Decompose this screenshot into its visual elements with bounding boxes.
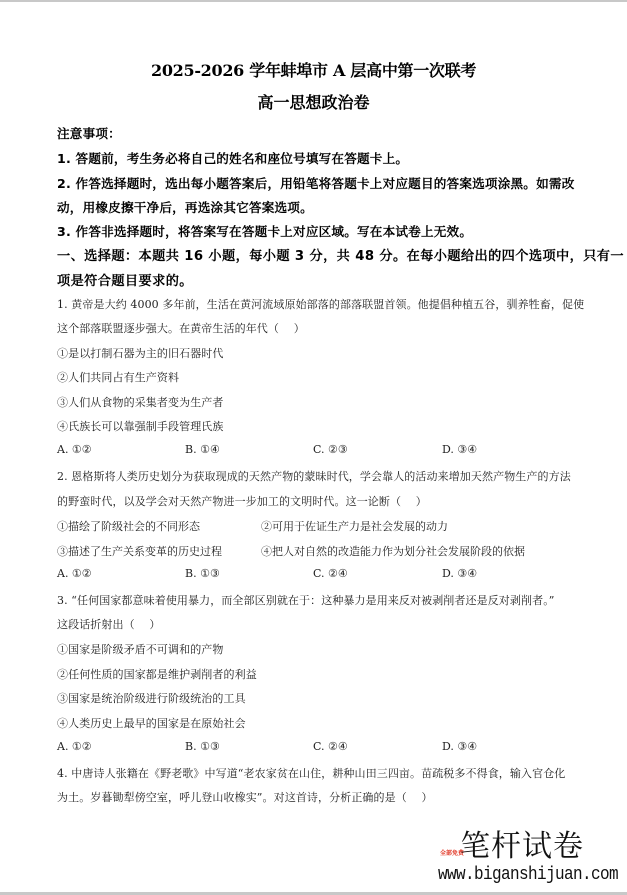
q1-statement-3: ③人们从食物的采集者变为生产者 [57,394,224,410]
q1-statement-4: ④氏族长可以靠强制手段管理氏族 [57,418,224,434]
q3-choice-c: C. ②④ [313,740,348,753]
notice-item-1: 1. 答题前，考生务必将自己的姓名和座位号填写在答题卡上。 [57,148,408,167]
q1-choice-a: A. ①② [57,443,92,456]
q3-stem-line-2: 这段话折射出（ ） [57,616,161,632]
q2-statement-4: ④把人对自然的改造能力作为划分社会发展阶段的依据 [261,543,525,559]
q2-statement-1: ①描绘了阶级社会的不同形态 [57,518,200,534]
notice-item-2-cont: 动，用橡皮擦干净后，再选涂其它答案选项。 [57,197,313,216]
q2-choice-a: A. ①② [57,567,92,580]
q3-stem-line-1: 3. “任何国家都意味着使用暴力，而全部区别就在于：这种暴力是用来反对被剥削者还… [57,592,555,608]
watermark-logo: 全部免费 笔杆试卷 www.biganshijuan.com [438,830,613,888]
notice-item-2: 2. 作答选择题时，选出每小题答案后，用铅笔将答题卡上对应题目的答案选项涂黑。如… [57,173,575,192]
exam-title: 2025-2026 学年蚌埠市 A 层高中第一次联考 [0,58,627,81]
q2-statement-3: ③描述了生产关系变革的历史过程 [57,543,222,559]
notice-item-3: 3. 作答非选择题时，将答案写在答题卡上对应区域。写在本试卷上无效。 [57,221,472,240]
q2-stem-line-2: 的野蛮时代，以及学会对天然产物进一步加工的文明时代。这一论断（ ） [57,493,427,509]
q2-choice-c: C. ②④ [313,567,348,580]
q2-statement-2: ②可用于佐证生产力是社会发展的动力 [261,518,448,534]
q4-stem-line-2: 为土。岁暮锄犁傍空室，呼儿登山收橡实”。对这首诗，分析正确的是（ ） [57,789,433,805]
q1-stem-line-2: 这个部落联盟逐步强大。在黄帝生活的年代（ ） [57,320,305,336]
q1-stem-line-1: 1. 黄帝是大约 4000 多年前，生活在黄河流域原始部落的部落联盟首领。他提倡… [57,296,584,312]
q3-statement-3: ③国家是统治阶级进行阶级统治的工具 [57,690,246,706]
q3-statement-1: ①国家是阶级矛盾不可调和的产物 [57,641,224,657]
q3-statement-4: ④人类历史上最早的国家是在原始社会 [57,715,246,731]
q1-choice-c: C. ②③ [313,443,348,456]
q3-choice-b: B. ①③ [185,740,220,753]
section-heading-cont: 项是符合题目要求的。 [57,270,193,289]
watermark-url: www.biganshijuan.com [438,864,618,885]
q2-choice-d: D. ③④ [442,567,477,580]
q1-choice-b: B. ①④ [185,443,220,456]
q3-statement-2: ②任何性质的国家都是维护剥削者的利益 [57,666,257,682]
q3-choice-a: A. ①② [57,740,92,753]
q4-stem-line-1: 4. 中唐诗人张籍在《野老歌》中写道“老农家贫在山住，耕种山田三四亩。苗疏税多不… [57,765,565,781]
exam-page: 2025-2026 学年蚌埠市 A 层高中第一次联考 高一思想政治卷 注意事项：… [0,0,627,892]
section-heading: 一、选择题：本题共 16 小题，每小题 3 分，共 48 分。在每小题给出的四个… [57,245,624,264]
q1-choice-d: D. ③④ [442,443,477,456]
exam-subtitle: 高一思想政治卷 [0,90,627,113]
q2-choice-b: B. ①③ [185,567,220,580]
q1-statement-2: ②人们共同占有生产资料 [57,369,179,385]
q1-statement-1: ①是以打制石器为主的旧石器时代 [57,345,224,361]
notice-heading: 注意事项： [57,123,121,142]
watermark-brand: 笔杆试卷 [460,830,584,864]
q2-stem-line-1: 2. 恩格斯将人类历史划分为获取现成的天然产物的蒙昧时代，学会靠人的活动来增加天… [57,468,571,484]
q3-choice-d: D. ③④ [442,740,477,753]
